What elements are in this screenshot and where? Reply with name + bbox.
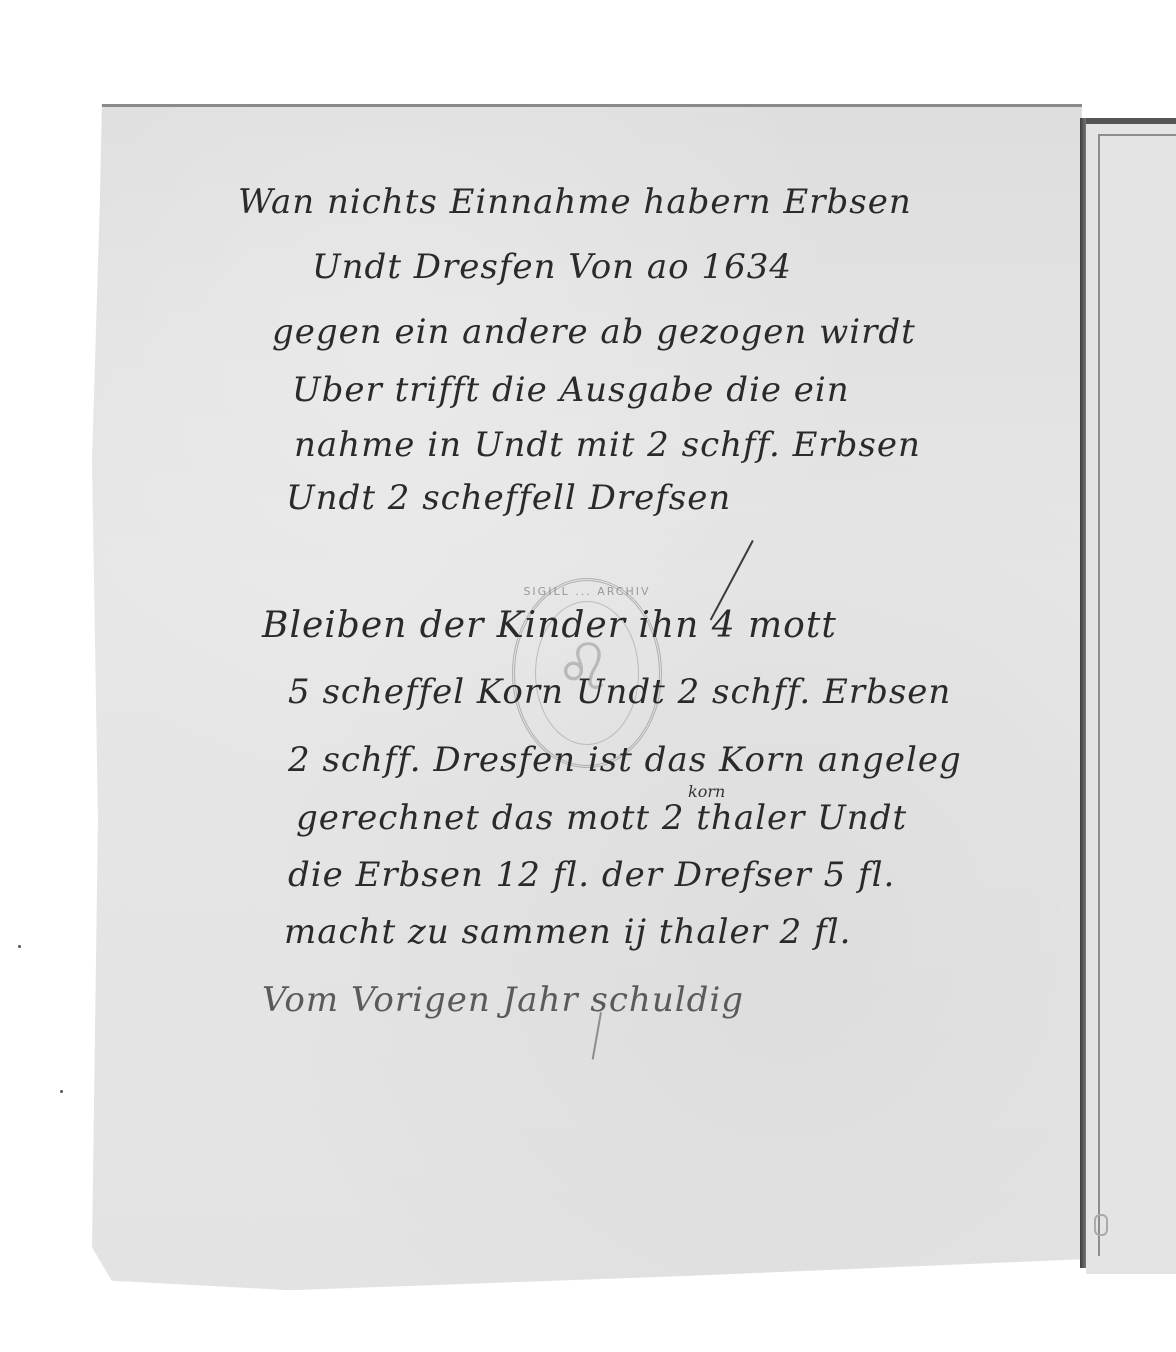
text-line-2: Undt Dresfen Von ao 1634 — [312, 247, 792, 287]
text-line-12: macht zu sammen ij thaler 2 fl. — [284, 912, 851, 952]
stamp-text: SIGILL ... ARCHIV — [515, 585, 659, 598]
text-line-11: die Erbsen 12 fl. der Drefser 5 fl. — [288, 855, 895, 895]
cover-inner-border — [1098, 134, 1176, 1256]
speck — [18, 945, 21, 948]
text-line-9: 2 schff. Dresfen ist das Korn angeleg — [288, 740, 962, 780]
text-line-7: Bleiben der Kinder ihn 4 mott — [262, 605, 837, 646]
text-line-13: Vom Vorigen Jahr schuldig — [262, 980, 744, 1020]
text-line-8: 5 scheffel Korn Undt 2 schff. Erbsen — [288, 672, 951, 712]
speck — [60, 1090, 63, 1093]
interlinear-note: korn — [688, 782, 725, 801]
text-line-10: gerechnet das mott 2 thaler Undt — [296, 798, 907, 838]
text-line-4: Uber trifft die Ausgabe die ein — [292, 370, 850, 410]
cover-clip-mark — [1094, 1214, 1108, 1236]
text-line-6: Undt 2 scheffell Drefsen — [286, 478, 731, 518]
text-line-5: nahme in Undt mit 2 schff. Erbsen — [294, 425, 921, 465]
text-line-3: gegen ein andere ab gezogen wirdt — [272, 312, 916, 352]
text-line-1: Wan nichts Einnahme habern Erbsen — [238, 182, 912, 222]
